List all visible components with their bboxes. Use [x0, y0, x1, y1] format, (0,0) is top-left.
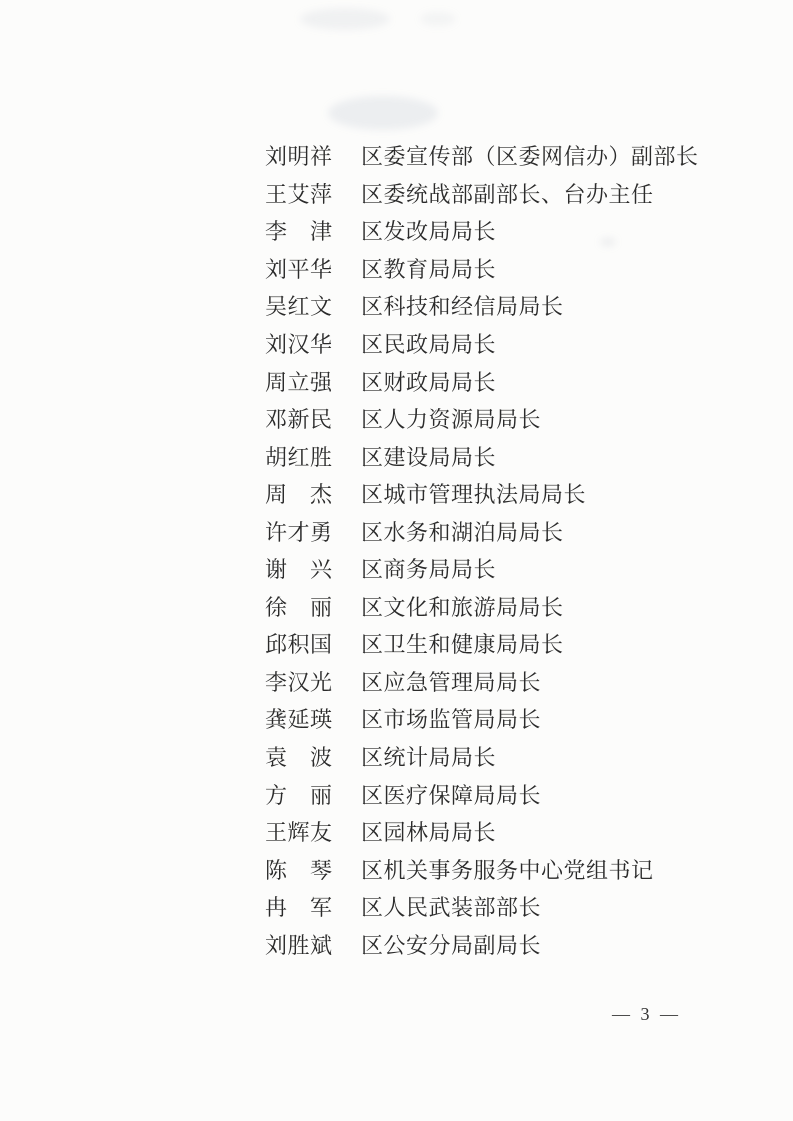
official-name: 王艾萍 [265, 178, 333, 209]
roster-row: 徐 丽 区文化和旅游局局长 [265, 588, 699, 626]
official-position: 区商务局局长 [361, 553, 496, 584]
official-position: 区教育局局长 [361, 253, 496, 284]
roster-row: 龚延瑛 区市场监管局局长 [265, 700, 699, 738]
roster-row: 冉 军 区人民武装部部长 [265, 888, 699, 926]
roster-row: 邱积国 区卫生和健康局局长 [265, 625, 699, 663]
official-position: 区市场监管局局长 [361, 703, 541, 734]
roster-row: 周立强 区财政局局长 [265, 362, 699, 400]
official-name: 方 丽 [265, 779, 333, 810]
official-position: 区科技和经信局局长 [361, 290, 564, 321]
official-position: 区应急管理局局长 [361, 666, 541, 697]
official-name: 陈 琴 [265, 854, 333, 885]
roster-row: 胡红胜 区建设局局长 [265, 437, 699, 475]
roster-row: 李 津 区发改局局长 [265, 212, 699, 250]
roster-row: 刘胜斌 区公安分局副局长 [265, 925, 699, 963]
scan-smudge [328, 96, 438, 130]
page-number: — 3 — [612, 1004, 681, 1025]
roster-row: 刘汉华 区民政局局长 [265, 325, 699, 363]
official-name: 王辉友 [265, 816, 333, 847]
roster-row: 刘明祥 区委宣传部（区委网信办）副部长 [265, 137, 699, 175]
official-name: 刘汉华 [265, 328, 333, 359]
scan-smudge [300, 8, 390, 30]
official-name: 周立强 [265, 366, 333, 397]
official-name: 谢 兴 [265, 553, 333, 584]
official-position: 区文化和旅游局局长 [361, 591, 564, 622]
official-name: 刘明祥 [265, 140, 333, 171]
document-page: 刘明祥 区委宣传部（区委网信办）副部长 王艾萍 区委统战部副部长、台办主任 李 … [0, 0, 793, 1121]
official-name: 冉 军 [265, 891, 333, 922]
official-name: 刘胜斌 [265, 929, 333, 960]
official-position: 区财政局局长 [361, 366, 496, 397]
roster-row: 吴红文 区科技和经信局局长 [265, 287, 699, 325]
official-position: 区水务和湖泊局局长 [361, 516, 564, 547]
roster-row: 王辉友 区园林局局长 [265, 813, 699, 851]
roster-row: 许才勇 区水务和湖泊局局长 [265, 512, 699, 550]
official-position: 区人力资源局局长 [361, 403, 541, 434]
official-name: 吴红文 [265, 290, 333, 321]
official-name: 李汉光 [265, 666, 333, 697]
official-position: 区医疗保障局局长 [361, 779, 541, 810]
official-position: 区建设局局长 [361, 441, 496, 472]
official-roster-list: 刘明祥 区委宣传部（区委网信办）副部长 王艾萍 区委统战部副部长、台办主任 李 … [265, 137, 699, 963]
official-position: 区委统战部副部长、台办主任 [361, 178, 654, 209]
official-position: 区委宣传部（区委网信办）副部长 [361, 140, 699, 171]
official-position: 区发改局局长 [361, 215, 496, 246]
official-position: 区统计局局长 [361, 741, 496, 772]
official-name: 邱积国 [265, 628, 333, 659]
official-position: 区人民武装部部长 [361, 891, 541, 922]
official-name: 徐 丽 [265, 591, 333, 622]
roster-row: 谢 兴 区商务局局长 [265, 550, 699, 588]
official-position: 区机关事务服务中心党组书记 [361, 854, 654, 885]
roster-row: 邓新民 区人力资源局局长 [265, 400, 699, 438]
official-position: 区公安分局副局长 [361, 929, 541, 960]
official-name: 邓新民 [265, 403, 333, 434]
roster-row: 周 杰 区城市管理执法局局长 [265, 475, 699, 513]
roster-row: 方 丽 区医疗保障局局长 [265, 775, 699, 813]
official-position: 区民政局局长 [361, 328, 496, 359]
official-name: 李 津 [265, 215, 333, 246]
roster-row: 李汉光 区应急管理局局长 [265, 663, 699, 701]
roster-row: 陈 琴 区机关事务服务中心党组书记 [265, 850, 699, 888]
official-name: 龚延瑛 [265, 703, 333, 734]
roster-row: 袁 波 区统计局局长 [265, 738, 699, 776]
roster-row: 王艾萍 区委统战部副部长、台办主任 [265, 175, 699, 213]
official-position: 区卫生和健康局局长 [361, 628, 564, 659]
scan-smudge [420, 12, 456, 26]
official-position: 区城市管理执法局局长 [361, 478, 586, 509]
official-position: 区园林局局长 [361, 816, 496, 847]
official-name: 许才勇 [265, 516, 333, 547]
official-name: 胡红胜 [265, 441, 333, 472]
roster-row: 刘平华 区教育局局长 [265, 250, 699, 288]
official-name: 周 杰 [265, 478, 333, 509]
official-name: 刘平华 [265, 253, 333, 284]
official-name: 袁 波 [265, 741, 333, 772]
